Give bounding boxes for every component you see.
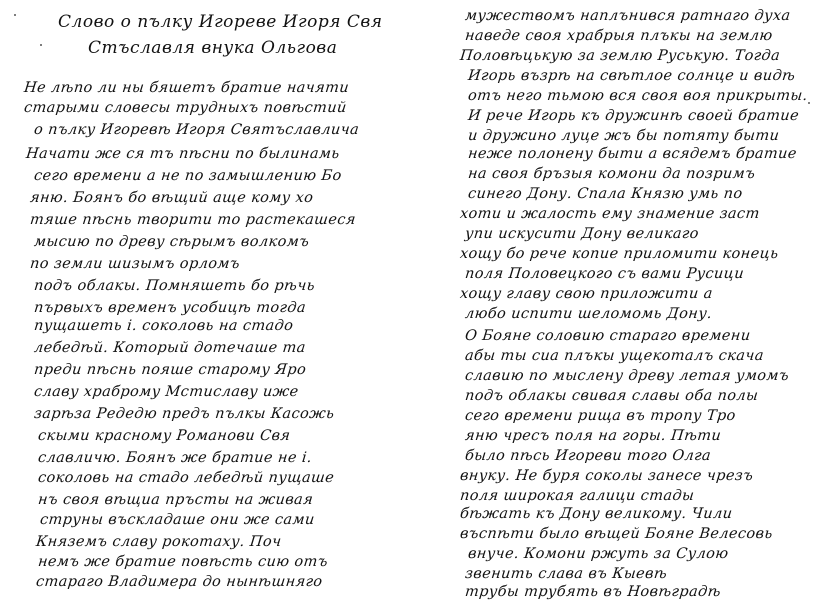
manuscript-line: отъ него тьмою вся своя воя прикрыты. xyxy=(467,88,808,104)
manuscript-line: Княземъ славу рокотаху. Поч xyxy=(35,534,282,550)
scan-speck xyxy=(808,102,810,104)
manuscript-line: мысию по древу сѣрымъ волкомъ xyxy=(33,234,310,250)
manuscript-line: подъ облакы. Помняшеть бо рѣчь xyxy=(33,278,316,294)
manuscript-line: на своя бръзыя комони да позримъ xyxy=(467,166,756,182)
manuscript-line: немъ же братие повѣсть сию отъ xyxy=(37,554,328,570)
manuscript-line: трубы трубять въ Новѣградѣ xyxy=(464,584,722,600)
manuscript-line: стараго Владимера до нынѣшняго xyxy=(35,574,323,590)
manuscript-line: сего времени а не по замышлению Бо xyxy=(33,168,342,184)
manuscript-line: наведе своя храбрыя плъкы на землю xyxy=(464,28,773,44)
manuscript-line: любо испити шеломомь Дону. xyxy=(464,306,713,322)
manuscript-line: звенить слава въ Кыевѣ xyxy=(464,566,668,582)
manuscript-line: струны въскладаше они же сами xyxy=(39,512,315,528)
manuscript-line: яню чресъ поля на горы. Пѣти xyxy=(464,428,722,444)
manuscript-line: упи искусити Дону великаго xyxy=(464,226,700,242)
scan-speck xyxy=(14,14,16,16)
manuscript-line: неже полонену быти а всядемъ братие xyxy=(467,146,798,162)
manuscript-line: мужествомъ наплънився ратнаго духа xyxy=(464,8,791,24)
manuscript-line: тяше пѣснь творити то растекашеся xyxy=(29,212,357,228)
manuscript-line: старыми словесы трудныхъ повѣстий xyxy=(23,100,347,116)
manuscript-line: славу храброму Мстиславу иже xyxy=(33,384,299,400)
manuscript-line: лебедѣй. Который дотечаше та xyxy=(33,340,306,356)
right-manuscript-page: мужествомъ наплънився ратнаго духа навед… xyxy=(410,0,815,602)
manuscript-line: О Бояне соловию стараго времени xyxy=(464,328,751,344)
manuscript-line: абы ты сиа плъкы ущекоталъ скача xyxy=(464,348,764,364)
manuscript-line: и дружино луце жъ бы потяту быти xyxy=(467,128,780,144)
manuscript-line: яню. Боянъ бо вѣщий аще кому хо xyxy=(29,190,314,206)
manuscript-line: славличю. Боянъ же братие не і. xyxy=(37,450,313,466)
manuscript-line: внуче. Комони ржуть за Сулою xyxy=(467,546,729,562)
manuscript-line: Не лѣпо ли ны бяшетъ братие начяти xyxy=(23,80,350,96)
manuscript-line: зарѣза Редедю предъ пълкы Касожь xyxy=(33,406,335,422)
left-manuscript-page: Слово о пълку Игореве Игоря Свя Стъславл… xyxy=(0,0,410,602)
manuscript-line: нъ своя вѣщиа пръсты на живая xyxy=(37,492,314,508)
page-title-line-1: Слово о пълку Игореве Игоря Свя xyxy=(58,12,383,32)
manuscript-line: въспѣти было вѣщей Бояне Велесовь xyxy=(459,526,773,542)
manuscript-line: по земли шизымъ орломъ xyxy=(29,256,241,272)
manuscript-line: сего времени рища въ тропу Тро xyxy=(464,408,736,424)
manuscript-line: было пѣсь Игореви того Олга xyxy=(464,448,712,464)
scan-speck xyxy=(40,44,42,46)
manuscript-line: внуку. Не буря соколы занесе чрезъ xyxy=(459,468,754,484)
manuscript-line: И рече Игорь къ дружинѣ своей братие xyxy=(467,108,800,124)
manuscript-line: о пълку Игоревѣ Игоря Святъславлича xyxy=(33,122,360,138)
manuscript-line: преди пѣснь пояше старому Яро xyxy=(33,362,307,378)
manuscript-line: славию по мыслену древу летая умомъ xyxy=(464,368,790,384)
manuscript-line: поля Половецкого съ вами Русици xyxy=(464,266,745,282)
manuscript-line: Половѣцькую за землю Руськую. Тогда xyxy=(459,48,781,64)
manuscript-line: синего Дону. Спала Князю умь по xyxy=(467,186,743,202)
manuscript-line: първыхъ временъ усобицѣ тогда xyxy=(33,300,307,316)
page-title-line-2: Стъславля внука Ольгова xyxy=(88,38,337,58)
manuscript-line: соколовь на стадо лебедѣй пущаше xyxy=(37,470,335,486)
manuscript-line: хоти и жалость ему знамение заст xyxy=(459,206,760,222)
manuscript-line: бѣжать къ Дону великому. Чили xyxy=(459,506,733,522)
manuscript-line: поля широкая галици стады xyxy=(459,488,695,504)
manuscript-line: пущашеть і. соколовь на стадо xyxy=(33,318,294,334)
manuscript-line: скыми красному Романови Свя xyxy=(37,428,291,444)
manuscript-line: хощу главу свою приложити а xyxy=(459,286,713,302)
manuscript-line: Игорь възрѣ на свѣтлое солнце и видѣ xyxy=(467,68,796,84)
manuscript-line: подъ облакы свивая славы оба полы xyxy=(464,388,759,404)
manuscript-line: хощу бо рече копие приломити конець xyxy=(459,246,779,262)
manuscript-line: Начати же ся тъ пѣсни по былинамь xyxy=(25,146,340,162)
